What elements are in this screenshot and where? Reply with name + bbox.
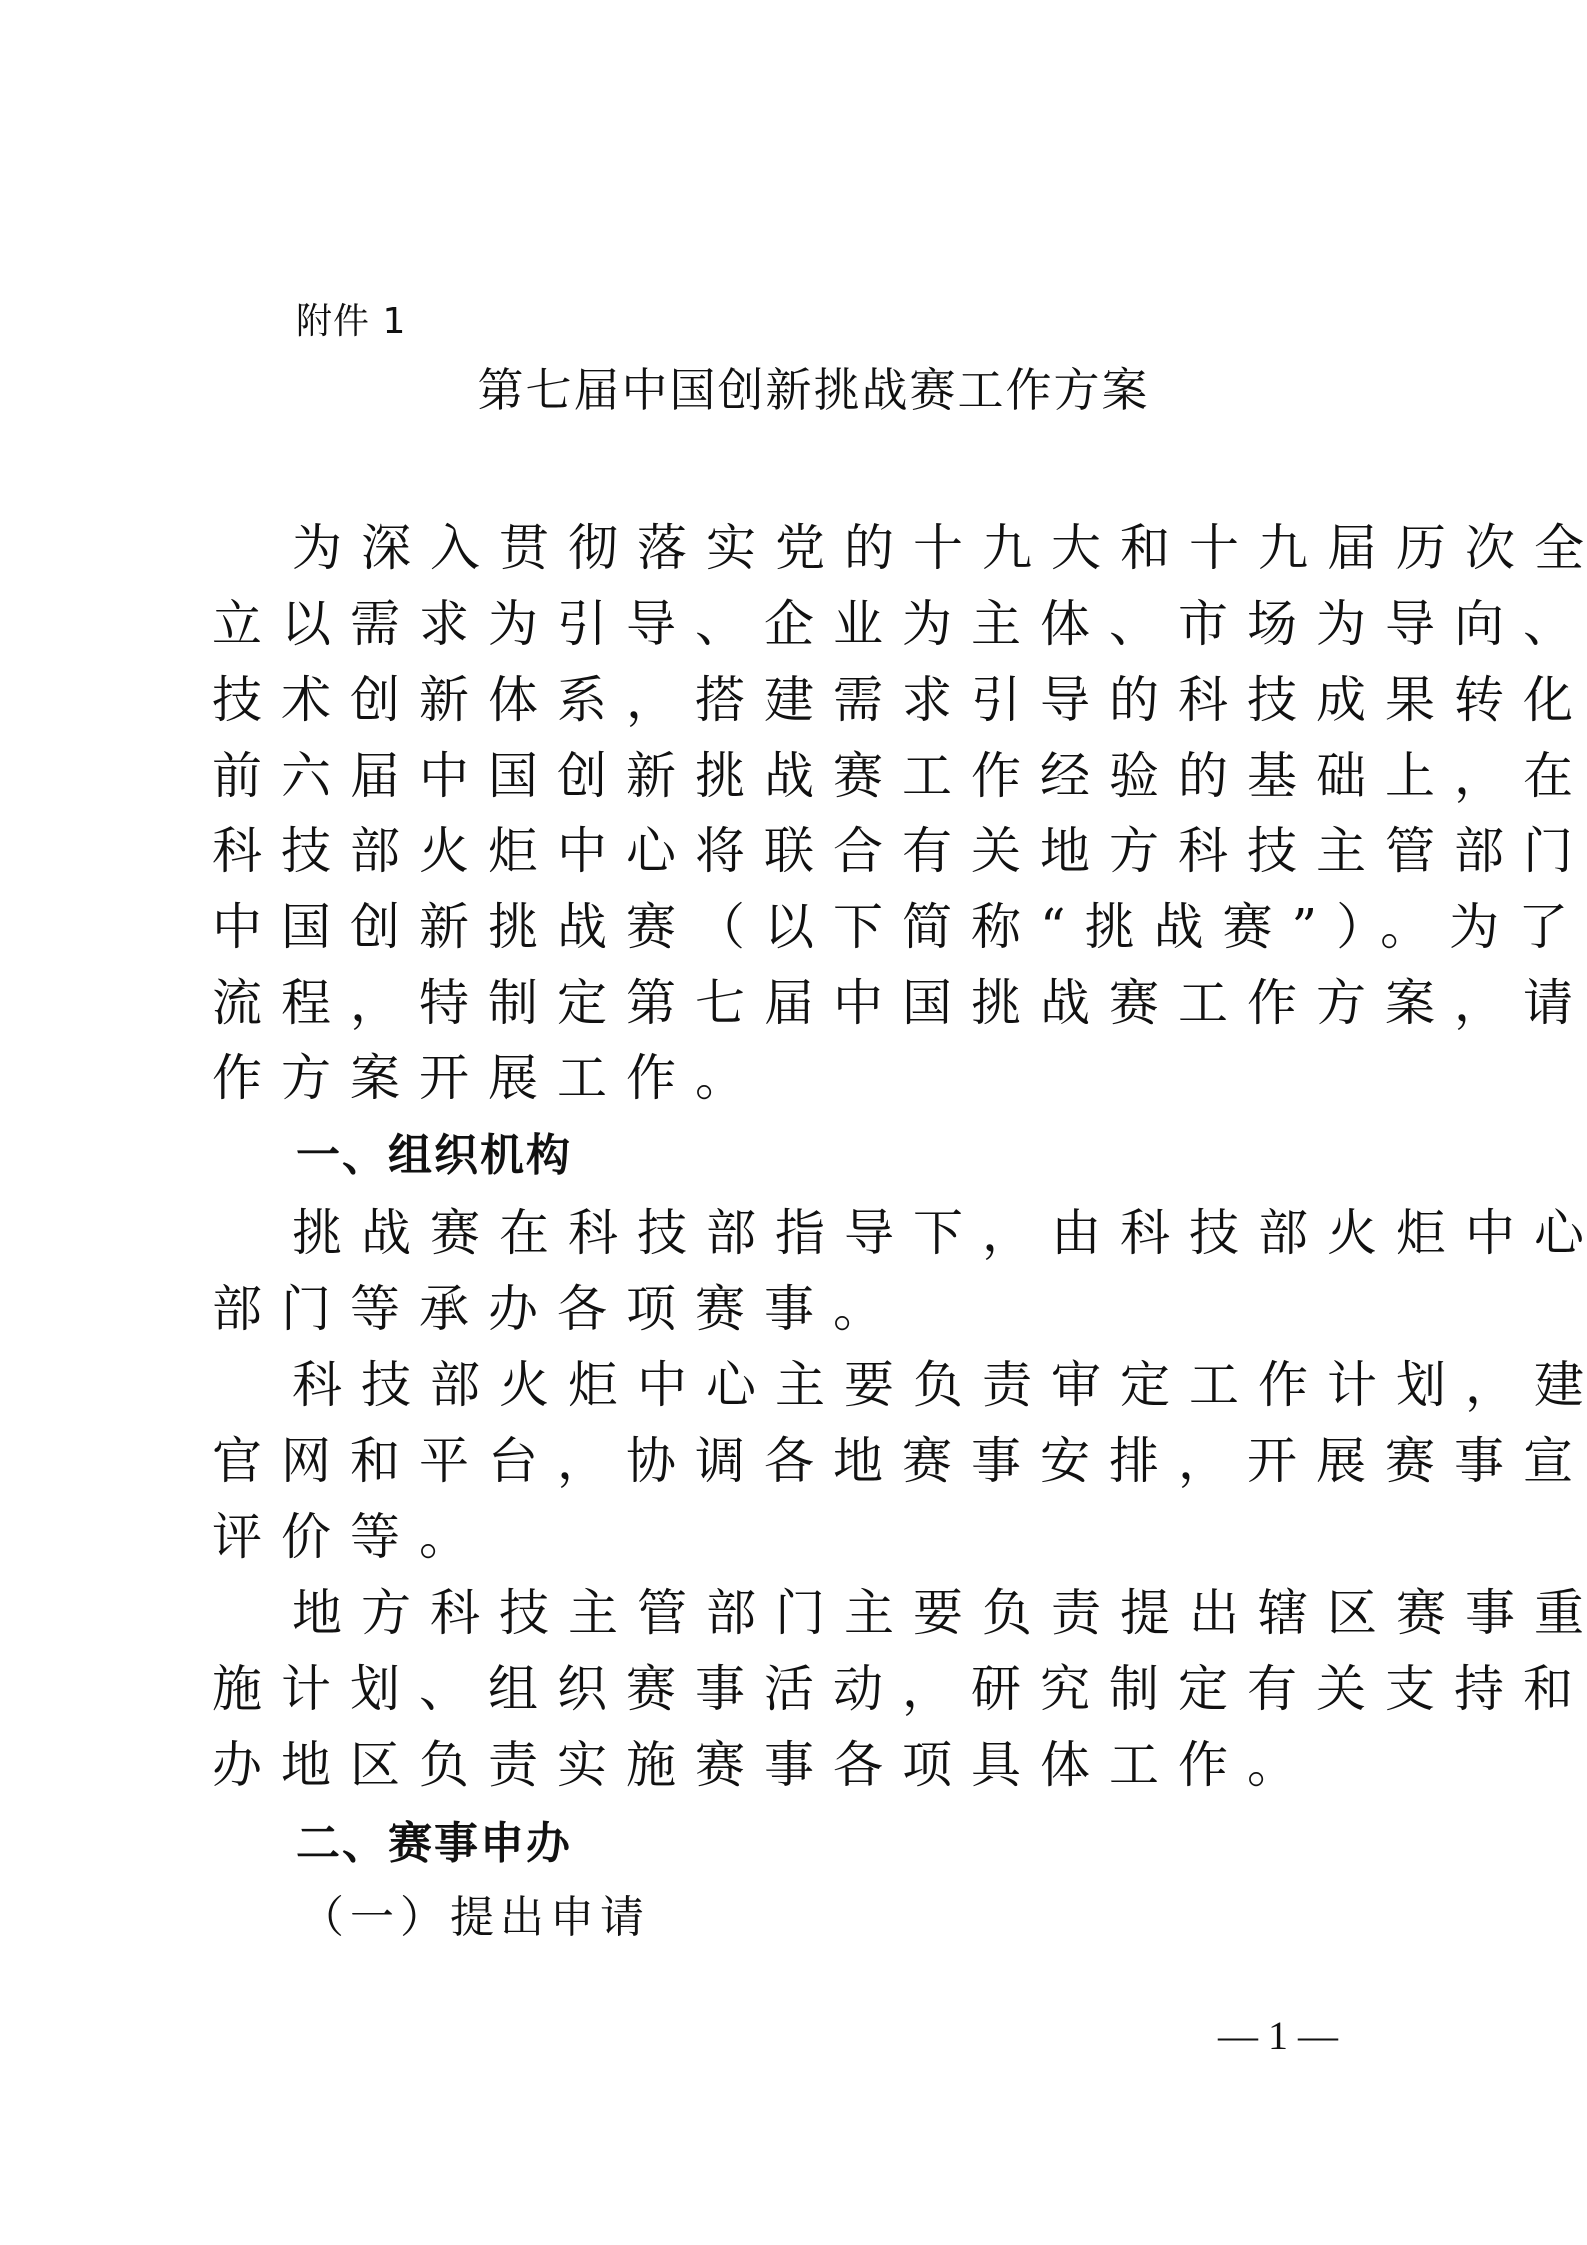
body-line: 科技部火炬中心主要负责审定工作计划，建设、运行挑战赛 [292,1354,1402,1416]
body-line: 地方科技主管部门主要负责提出辖区赛事重点领域、制定实 [292,1582,1402,1644]
attachment-label: 附件 1 [296,298,406,346]
intro-line: 为深入贯彻落实党的十九大和十九届历次全会精神，加快建 [292,517,1402,579]
section-heading: 二、赛事申办 [296,1814,572,1874]
intro-line: 前六届中国创新挑战赛工作经验的基础上，在科技部的指导下， [212,745,1402,807]
page-number: — 1 — [1218,2012,1338,2060]
body-line: 办地区负责实施赛事各项具体工作。 [212,1734,1402,1796]
intro-line: 立以需求为引导、企业为主体、市场为导向、产学研深度融合的 [212,593,1402,655]
document-page: 附件 1 第七届中国创新挑战赛工作方案 为深入贯彻落实党的十九大和十九届历次全会… [0,0,1587,2245]
intro-line: 科技部火炬中心将联合有关地方科技主管部门共同举办第七届 [212,820,1402,882]
body-line: 官网和平台，协调各地赛事安排，开展赛事宣传、培训、监督和 [212,1430,1402,1492]
intro-line: 技术创新体系，搭建需求引导的科技成果转化对接平台，在总结 [212,669,1402,731]
intro-line: 中国创新挑战赛（以下简称“挑战赛”）。为了规范有关赛事工作 [212,896,1402,958]
section-heading: 一、组织机构 [296,1126,572,1186]
body-line: 施计划、组织赛事活动，研究制定有关支持和补助政策等；各承 [212,1658,1402,1720]
body-line: 评价等。 [212,1506,1402,1568]
body-line: 挑战赛在科技部指导下，由科技部火炬中心和地方科技主管 [292,1202,1402,1264]
subsection-heading: （一）提出申请 [300,1888,650,1948]
document-title: 第七届中国创新挑战赛工作方案 [0,360,1587,420]
intro-line: 作方案开展工作。 [212,1047,1402,1109]
body-line: 部门等承办各项赛事。 [212,1278,1402,1340]
intro-line: 流程，特制定第七届中国挑战赛工作方案，请赛事承办单位按工 [212,972,1402,1034]
